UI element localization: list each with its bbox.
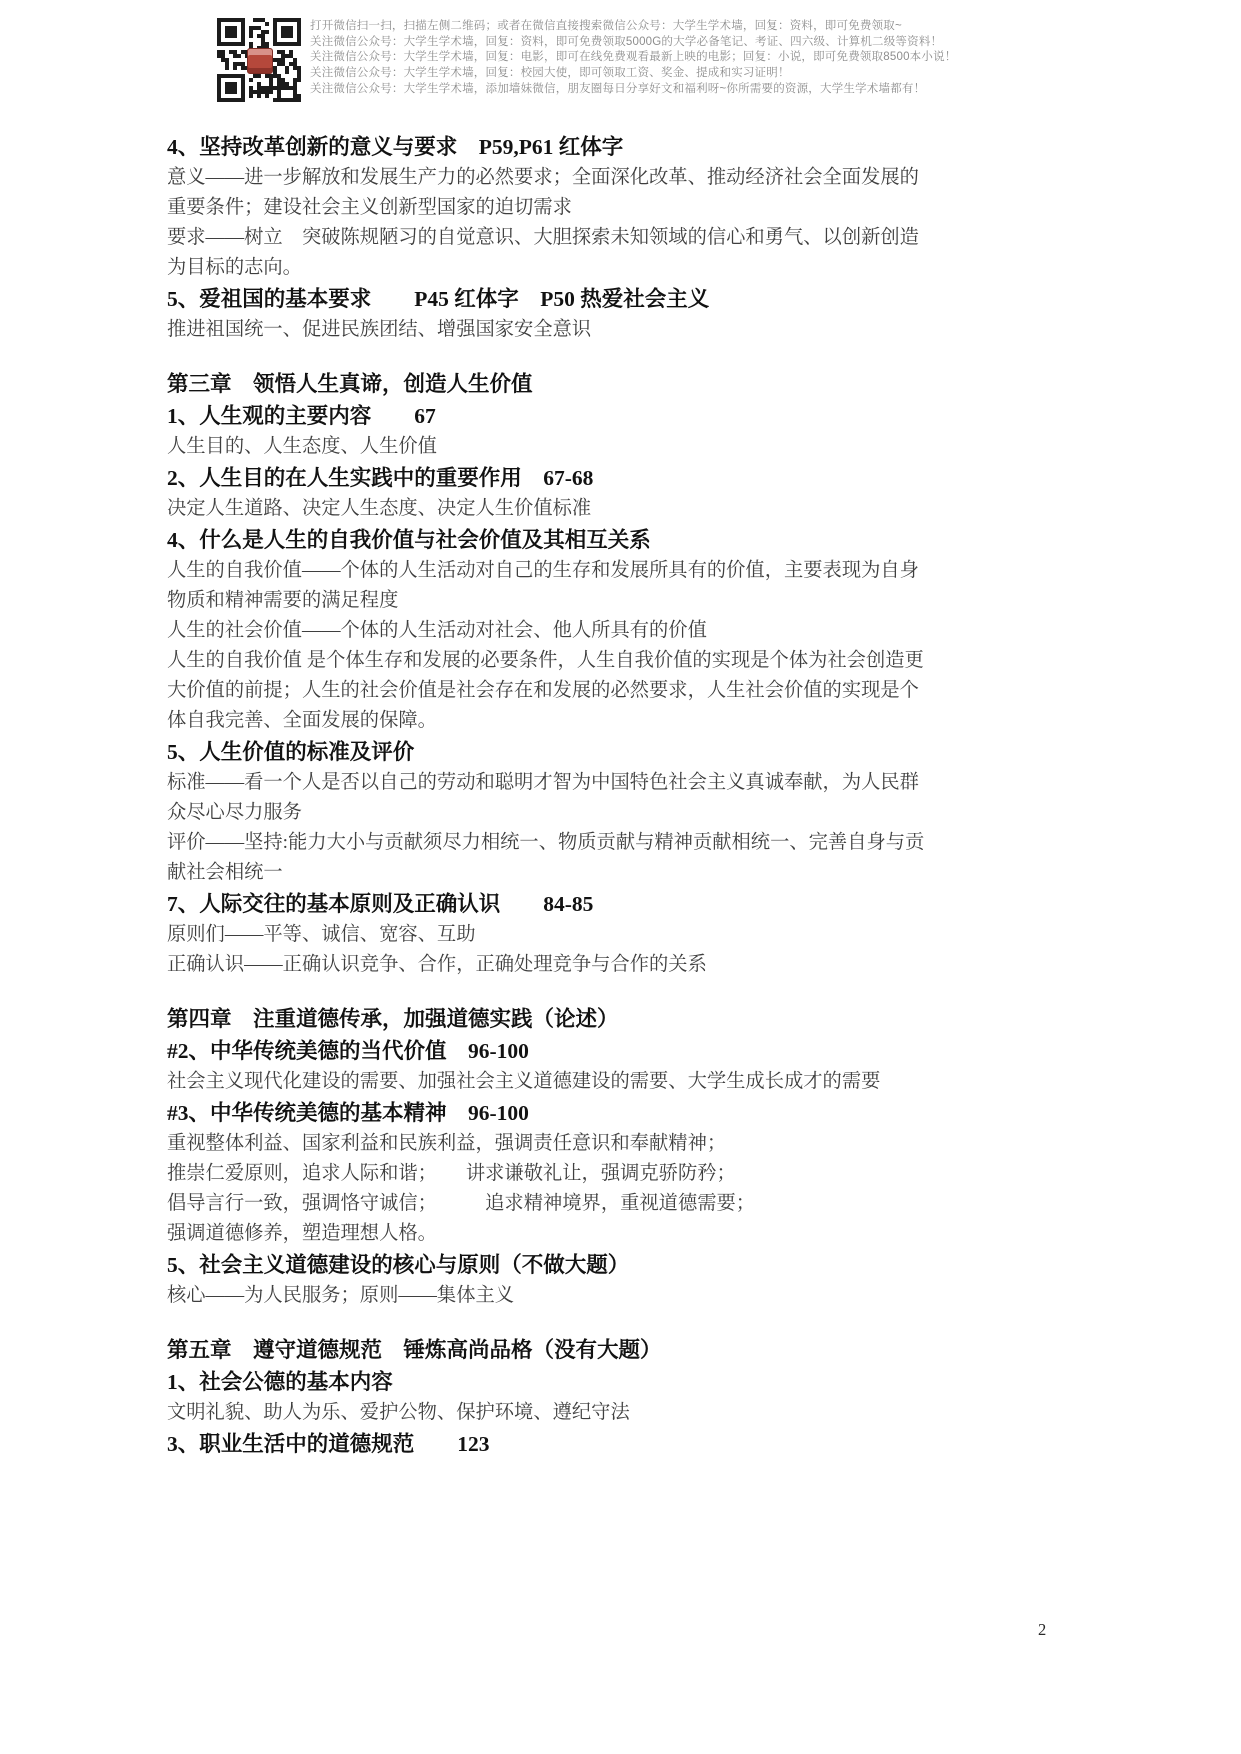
page-number: 2 <box>1038 1620 1046 1640</box>
promo-line: 关注微信公众号：大学生学术墙，添加墙妹微信，朋友圈每日分享好文和福利呀~你所需要… <box>310 82 956 98</box>
section-heading: 1、人生观的主要内容 67 <box>167 400 1107 432</box>
qr-finder-icon <box>273 18 301 46</box>
body-line: 人生的自我价值 是个体生存和发展的必要条件，人生自我价值的实现是个体为社会创造更 <box>167 646 1107 676</box>
body-line: 人生的社会价值——个体的人生活动对社会、他人所具有的价值 <box>167 616 1107 646</box>
body-line: 强调道德修养，塑造理想人格。 <box>167 1219 1107 1249</box>
body-line: 核心——为人民服务；原则——集体主义 <box>167 1281 1107 1311</box>
document-body: 4、坚持改革创新的意义与要求 P59,P61 红体字 意义——进一步解放和发展生… <box>167 131 1107 1460</box>
document-page: 打开微信扫一扫，扫描左侧二维码；或者在微信直接搜索微信公众号：大学生学术墙，回复… <box>0 0 1241 1754</box>
section-heading: 5、社会主义道德建设的核心与原则（不做大题） <box>167 1249 1107 1281</box>
chapter-heading: 第三章 领悟人生真谛，创造人生价值 <box>167 368 1107 400</box>
body-line: 要求——树立 突破陈规陋习的自觉意识、大胆探索未知领域的信心和勇气、以创新创造 <box>167 223 1107 253</box>
qr-finder-icon <box>217 74 245 102</box>
promo-line: 关注微信公众号：大学生学术墙，回复：电影，即可在线免费观看最新上映的电影；回复：… <box>310 50 956 66</box>
promo-line: 打开微信扫一扫，扫描左侧二维码；或者在微信直接搜索微信公众号：大学生学术墙，回复… <box>310 19 956 35</box>
section-heading: 2、人生目的在人生实践中的重要作用 67-68 <box>167 462 1107 494</box>
blank-gap <box>167 1311 1107 1334</box>
section-heading: #3、中华传统美德的基本精神 96-100 <box>167 1097 1107 1129</box>
body-line: 决定人生道路、决定人生态度、决定人生价值标准 <box>167 494 1107 524</box>
body-line: 社会主义现代化建设的需要、加强社会主义道德建设的需要、大学生成长成才的需要 <box>167 1067 1107 1097</box>
body-line: 众尽心尽力服务 <box>167 798 1107 828</box>
body-line: 物质和精神需要的满足程度 <box>167 586 1107 616</box>
body-line: 正确认识——正确认识竞争、合作，正确处理竞争与合作的关系 <box>167 950 1107 980</box>
section-heading: 4、坚持改革创新的意义与要求 P59,P61 红体字 <box>167 131 1107 163</box>
body-line: 大价值的前提；人生的社会价值是社会存在和发展的必然要求，人生社会价值的实现是个 <box>167 676 1107 706</box>
body-line: 评价——坚持:能力大小与贡献须尽力相统一、物质贡献与精神贡献相统一、完善自身与贡 <box>167 828 1107 858</box>
blank-gap <box>167 345 1107 368</box>
body-line: 意义——进一步解放和发展生产力的必然要求；全面深化改革、推动经济社会全面发展的 <box>167 163 1107 193</box>
section-heading: 7、人际交往的基本原则及正确认识 84-85 <box>167 888 1107 920</box>
promo-line: 关注微信公众号：大学生学术墙，回复：校园大使，即可领取工资、奖金、提成和实习证明… <box>310 66 956 82</box>
section-heading: 1、社会公德的基本内容 <box>167 1366 1107 1398</box>
body-line: 体自我完善、全面发展的保障。 <box>167 706 1107 736</box>
body-line: 推进祖国统一、促进民族团结、增强国家安全意识 <box>167 315 1107 345</box>
chapter-heading: 第四章 注重道德传承，加强道德实践（论述） <box>167 1003 1107 1035</box>
qr-center-logo-icon <box>247 48 273 74</box>
body-line: 人生的自我价值——个体的人生活动对自己的生存和发展所具有的价值，主要表现为自身 <box>167 556 1107 586</box>
body-line: 原则们——平等、诚信、宽容、互助 <box>167 920 1107 950</box>
promo-line: 关注微信公众号：大学生学术墙，回复：资料，即可免费领取5000G的大学必备笔记、… <box>310 35 956 51</box>
section-heading: 5、人生价值的标准及评价 <box>167 736 1107 768</box>
section-heading: 5、爱祖国的基本要求 P45 红体字 P50 热爱社会主义 <box>167 283 1107 315</box>
body-line: 为目标的志向。 <box>167 253 1107 283</box>
promo-header: 打开微信扫一扫，扫描左侧二维码；或者在微信直接搜索微信公众号：大学生学术墙，回复… <box>216 14 956 106</box>
promo-text-block: 打开微信扫一扫，扫描左侧二维码；或者在微信直接搜索微信公众号：大学生学术墙，回复… <box>310 14 956 98</box>
chapter-heading: 第五章 遵守道德规范 锤炼高尚品格（没有大题） <box>167 1334 1107 1366</box>
body-line: 重要条件；建设社会主义创新型国家的迫切需求 <box>167 193 1107 223</box>
section-heading: #2、中华传统美德的当代价值 96-100 <box>167 1035 1107 1067</box>
body-line: 献社会相统一 <box>167 858 1107 888</box>
body-line: 重视整体利益、国家利益和民族利益，强调责任意识和奉献精神； <box>167 1129 1107 1159</box>
section-heading: 3、职业生活中的道德规范 123 <box>167 1428 1107 1460</box>
body-line: 倡导言行一致，强调恪守诚信； 追求精神境界，重视道德需要； <box>167 1189 1107 1219</box>
body-line: 人生目的、人生态度、人生价值 <box>167 432 1107 462</box>
body-line: 推崇仁爱原则，追求人际和谐； 讲求谦敬礼让，强调克骄防矜； <box>167 1159 1107 1189</box>
blank-gap <box>167 980 1107 1003</box>
wechat-qr-code-icon <box>216 14 302 106</box>
body-line: 标准——看一个人是否以自己的劳动和聪明才智为中国特色社会主义真诚奉献，为人民群 <box>167 768 1107 798</box>
qr-finder-icon <box>217 18 245 46</box>
section-heading: 4、什么是人生的自我价值与社会价值及其相互关系 <box>167 524 1107 556</box>
body-line: 文明礼貌、助人为乐、爱护公物、保护环境、遵纪守法 <box>167 1398 1107 1428</box>
